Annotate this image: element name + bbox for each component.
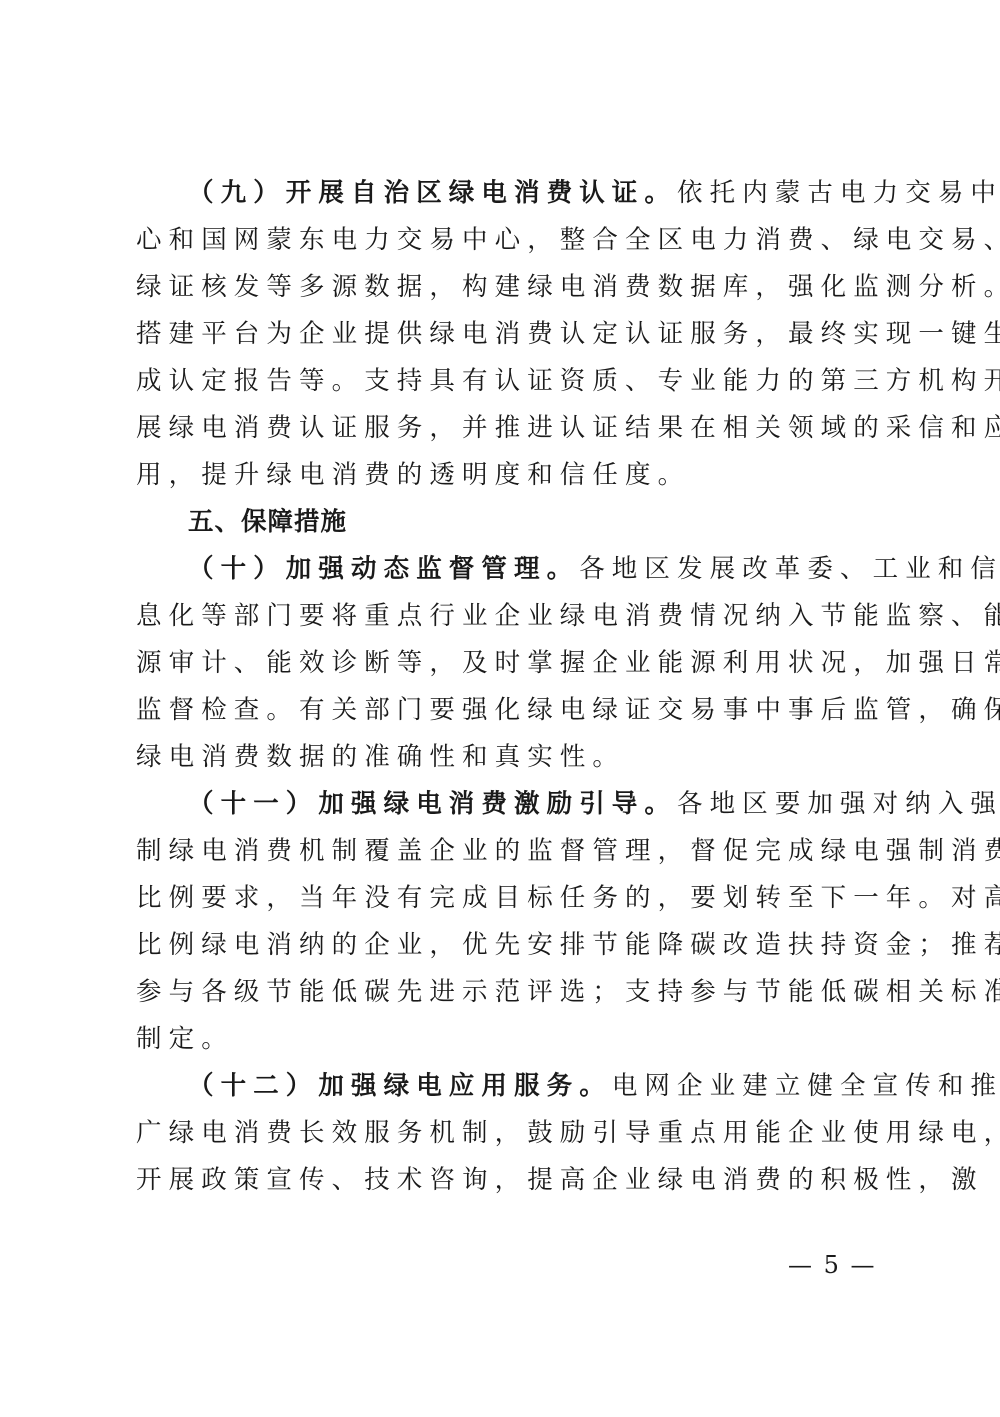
paragraph-line: 绿电消费数据的准确性和真实性。 (136, 734, 878, 781)
paragraph-line: 广绿电消费长效服务机制，鼓励引导重点用能企业使用绿电， (136, 1110, 878, 1157)
paragraph-line: 息化等部门要将重点行业企业绿电消费情况纳入节能监察、能 (136, 593, 878, 640)
paragraph-item-9: （九）开展自治区绿电消费认证。依托内蒙古电力交易中 心和国网蒙东电力交易中心，整… (136, 170, 878, 499)
paragraph-line: 制定。 (136, 1016, 878, 1063)
paragraph-line: （十二）加强绿电应用服务。电网企业建立健全宣传和推 (136, 1063, 878, 1110)
section-heading: 五、保障措施 (136, 499, 878, 546)
paragraph-line: 用，提升绿电消费的透明度和信任度。 (136, 452, 878, 499)
item-title: （九）开展自治区绿电消费认证。 (188, 178, 677, 208)
paragraph-line: 心和国网蒙东电力交易中心，整合全区电力消费、绿电交易、 (136, 217, 878, 264)
paragraph-line: 参与各级节能低碳先进示范评选；支持参与节能低碳相关标准 (136, 969, 878, 1016)
page-number: — 5 — (788, 1250, 877, 1280)
paragraph-line: 监督检查。有关部门要强化绿电绿证交易事中事后监管，确保 (136, 687, 878, 734)
line-text: 各地区发展改革委、工业和信 (579, 554, 1000, 584)
paragraph-line: 比例绿电消纳的企业，优先安排节能降碳改造扶持资金；推荐 (136, 922, 878, 969)
paragraph-line: （十一）加强绿电消费激励引导。各地区要加强对纳入强 (136, 781, 878, 828)
document-body: （九）开展自治区绿电消费认证。依托内蒙古电力交易中 心和国网蒙东电力交易中心，整… (136, 170, 878, 1204)
item-title: （十二）加强绿电应用服务。 (188, 1071, 612, 1101)
paragraph-line: （九）开展自治区绿电消费认证。依托内蒙古电力交易中 (136, 170, 878, 217)
paragraph-item-12: （十二）加强绿电应用服务。电网企业建立健全宣传和推 广绿电消费长效服务机制，鼓励… (136, 1063, 878, 1204)
paragraph-line: 源审计、能效诊断等，及时掌握企业能源利用状况，加强日常 (136, 640, 878, 687)
item-title: （十一）加强绿电消费激励引导。 (188, 789, 677, 819)
document-page: （九）开展自治区绿电消费认证。依托内蒙古电力交易中 心和国网蒙东电力交易中心，整… (0, 0, 1000, 1417)
paragraph-line: 比例要求，当年没有完成目标任务的，要划转至下一年。对高 (136, 875, 878, 922)
paragraph-line: 制绿电消费机制覆盖企业的监督管理，督促完成绿电强制消费 (136, 828, 878, 875)
paragraph-line: （十）加强动态监督管理。各地区发展改革委、工业和信 (136, 546, 878, 593)
line-text: 电网企业建立健全宣传和推 (612, 1071, 1000, 1101)
line-text: 依托内蒙古电力交易中 (677, 178, 1000, 208)
item-title: （十）加强动态监督管理。 (188, 554, 579, 584)
paragraph-line: 搭建平台为企业提供绿电消费认定认证服务，最终实现一键生 (136, 311, 878, 358)
paragraph-line: 开展政策宣传、技术咨询，提高企业绿电消费的积极性，激 (136, 1157, 878, 1204)
paragraph-item-11: （十一）加强绿电消费激励引导。各地区要加强对纳入强 制绿电消费机制覆盖企业的监督… (136, 781, 878, 1063)
paragraph-line: 展绿电消费认证服务，并推进认证结果在相关领域的采信和应 (136, 405, 878, 452)
paragraph-line: 绿证核发等多源数据，构建绿电消费数据库，强化监测分析。 (136, 264, 878, 311)
paragraph-item-10: （十）加强动态监督管理。各地区发展改革委、工业和信 息化等部门要将重点行业企业绿… (136, 546, 878, 781)
paragraph-line: 成认定报告等。支持具有认证资质、专业能力的第三方机构开 (136, 358, 878, 405)
line-text: 各地区要加强对纳入强 (677, 789, 1000, 819)
